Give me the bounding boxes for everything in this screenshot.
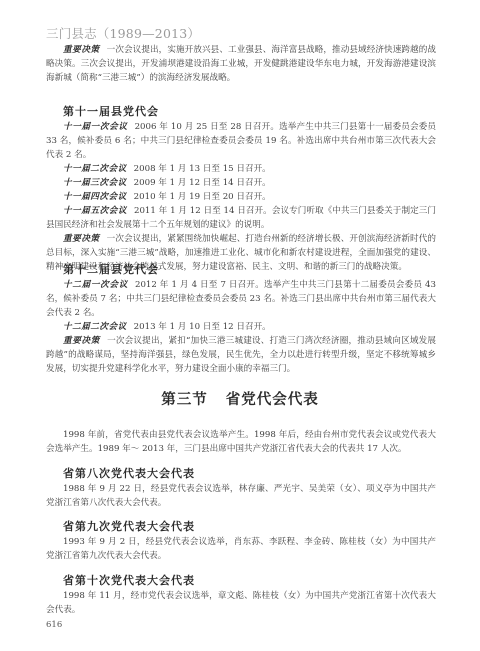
paragraph: 1998 年 11 月，经市党代表会议选举，章文彪、陈桂枝（女）为中国共产党浙江…	[46, 589, 436, 617]
paragraph-lead: 十一届一次会议	[63, 122, 128, 132]
subsection-heading: 第十一届县党代会	[46, 104, 436, 120]
subsection-heading: 省第九次党代表大会代表	[46, 519, 436, 535]
section-name: 省党代会代表	[226, 392, 319, 408]
subsection-heading: 第十二届县党代会	[46, 262, 436, 278]
paragraph-lead: 十一届三次会议	[63, 178, 127, 188]
document-page: 三门县志（1989—2013） 重要决策一次会议提出，实施开放兴县、工业强县、海…	[0, 0, 480, 651]
paragraph: 重要决策一次会议提出，实施开放兴县、工业强县、海洋富县战略，推动县域经济快速跨越…	[46, 43, 436, 85]
paragraph: 1993 年 9 月 2 日，经县党代表会议选举，肖东荪、李跃程、李金砖、陈桂枝…	[46, 535, 436, 563]
paragraph-lead: 十一届二次会议	[63, 164, 127, 174]
paragraph: 十二届一次会议2012 年 1 月 4 日至 7 日召开。选举产生中共三门县第十…	[46, 278, 436, 320]
subsection-8th: 省第八次党代表大会代表 1988 年 9 月 22 日，经县党代表会议选举，林存…	[46, 466, 436, 510]
paragraph-lead: 十一届五次会议	[63, 206, 127, 216]
page-number: 616	[46, 620, 62, 630]
paragraph-lead: 十二届一次会议	[63, 280, 128, 290]
paragraph-text: 2010 年 1 月 19 日至 20 日召开。	[134, 192, 271, 202]
paragraph-lead: 十二届二次会议	[63, 322, 127, 332]
paragraph-lead: 重要决策	[63, 234, 100, 244]
running-head: 三门县志（1989—2013）	[46, 24, 200, 42]
paragraph-text: 2009 年 1 月 12 日至 14 日召开。	[134, 178, 271, 188]
paragraph: 十一届三次会议2009 年 1 月 12 日至 14 日召开。	[46, 176, 436, 190]
paragraph: 十一届二次会议2008 年 1 月 13 日至 15 日召开。	[46, 162, 436, 176]
paragraph-lead: 重要决策	[63, 336, 100, 346]
paragraph-lead: 十一届四次会议	[63, 192, 127, 202]
section-number: 第三节	[161, 392, 208, 408]
paragraph: 十一届一次会议2006 年 10 月 25 日至 28 日召开。选举产生中共三门…	[46, 120, 436, 162]
paragraph-text: 2013 年 1 月 10 日至 12 日召开。	[134, 322, 271, 332]
paragraph-text: 一次会议提出，紧扣“加快三港三城建设、打造三门湾次经济圈，推动县域向区域发展跨越…	[46, 336, 436, 374]
congress-11-block: 第十一届县党代会 十一届一次会议2006 年 10 月 25 日至 28 日召开…	[46, 104, 436, 274]
paragraph: 十二届二次会议2013 年 1 月 10 日至 12 日召开。	[46, 320, 436, 334]
paragraph: 十一届四次会议2010 年 1 月 19 日至 20 日召开。	[46, 190, 436, 204]
paragraph: 十一届五次会议2011 年 1 月 12 日至 14 日召开。会议专门听取《中共…	[46, 204, 436, 232]
subsection-10th: 省第十次党代表大会代表 1998 年 11 月，经市党代表会议选举，章文彪、陈桂…	[46, 573, 436, 617]
paragraph: 1998 年前，省党代表由县党代表会议选举产生。1998 年后，经由台州市党代表…	[46, 428, 436, 456]
paragraph-text: 一次会议提出，实施开放兴县、工业强县、海洋富县战略，推动县域经济快速跨越的战略决…	[46, 45, 436, 83]
paragraph: 重要决策一次会议提出，紧扣“加快三港三城建设、打造三门湾次经济圈，推动县域向区域…	[46, 334, 436, 376]
intro-block: 重要决策一次会议提出，实施开放兴县、工业强县、海洋富县战略，推动县域经济快速跨越…	[46, 43, 436, 85]
subsection-9th: 省第九次党代表大会代表 1993 年 9 月 2 日，经县党代表会议选举，肖东荪…	[46, 519, 436, 563]
subsection-heading: 省第八次党代表大会代表	[46, 466, 436, 482]
paragraph: 1988 年 9 月 22 日，经县党代表会议选举，林存廉、严光宇、吴美荣（女）…	[46, 482, 436, 510]
paragraph-text: 2008 年 1 月 13 日至 15 日召开。	[134, 164, 271, 174]
congress-12-block: 第十二届县党代会 十二届一次会议2012 年 1 月 4 日至 7 日召开。选举…	[46, 262, 436, 376]
subsection-heading: 省第十次党代表大会代表	[46, 573, 436, 589]
section-3-intro: 1998 年前，省党代表由县党代表会议选举产生。1998 年后，经由台州市党代表…	[46, 428, 436, 456]
section-title: 第三节省党代会代表	[0, 388, 480, 409]
paragraph-lead: 重要决策	[63, 45, 100, 55]
